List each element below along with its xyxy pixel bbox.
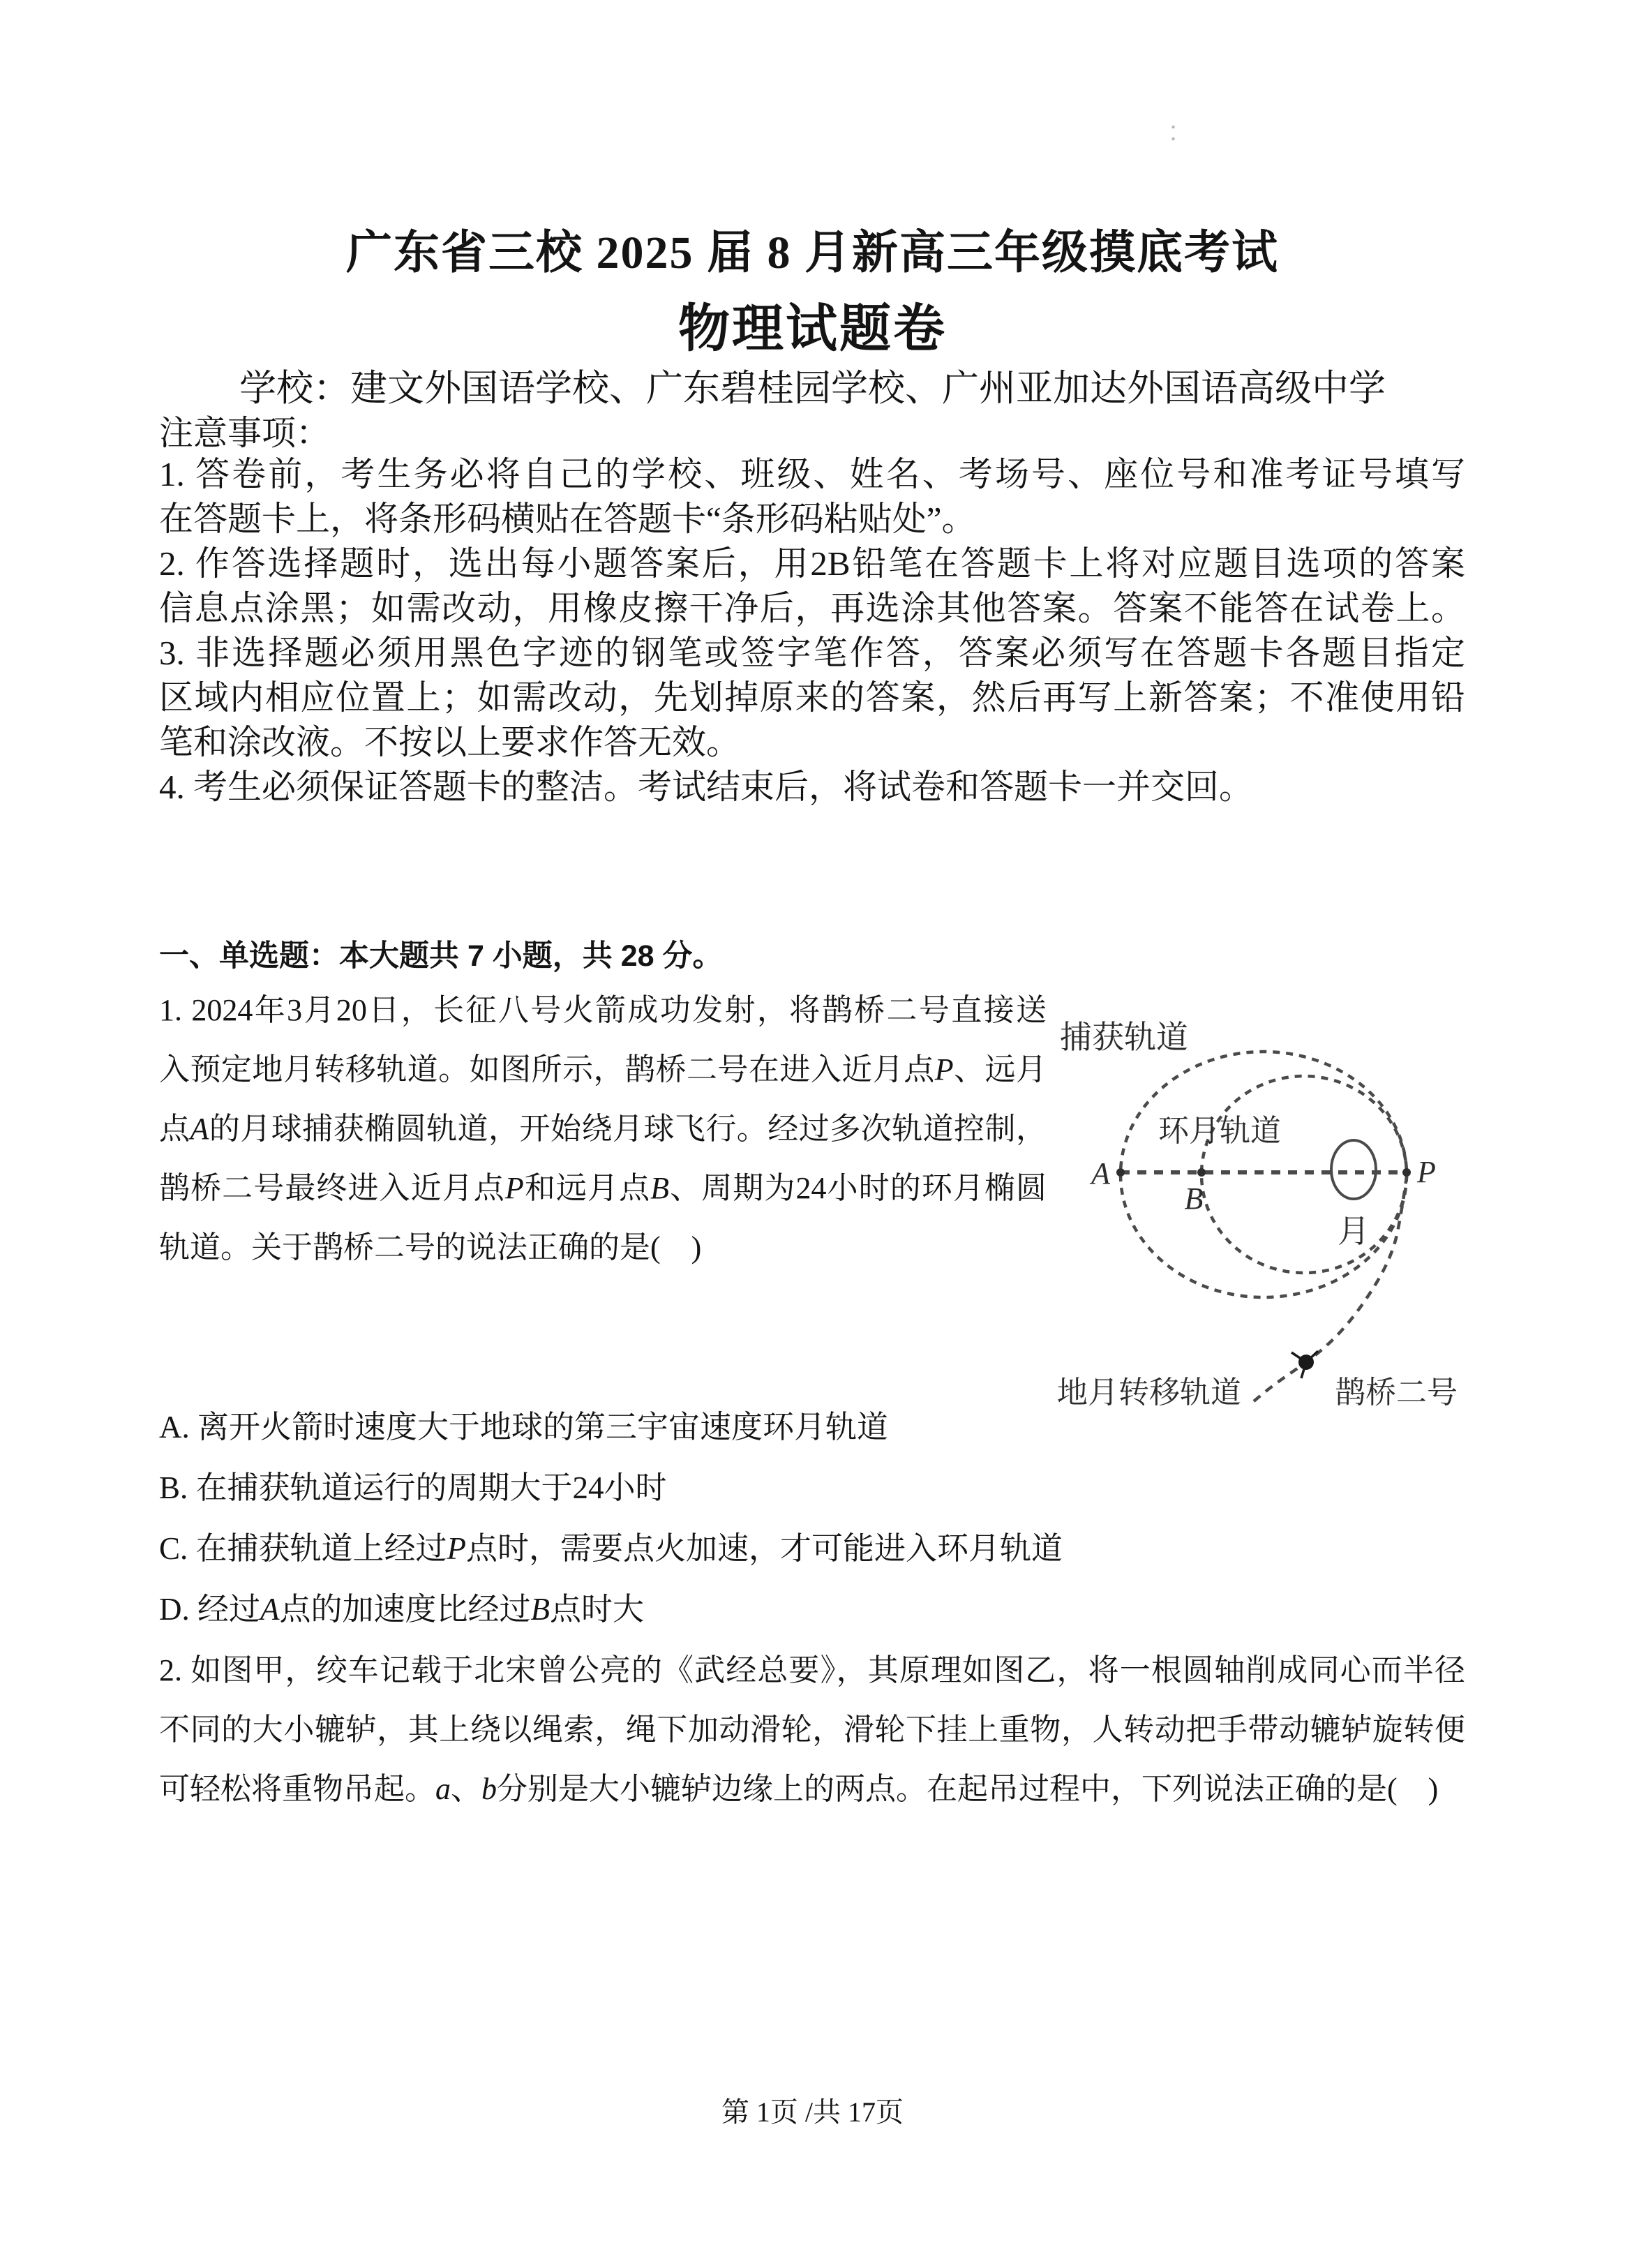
point-a-dot bbox=[1116, 1168, 1125, 1177]
point-p-ref3: P bbox=[447, 1531, 467, 1566]
q1-option-d: D. 经过A点的加速度比经过B点时大 bbox=[159, 1579, 1485, 1640]
point-p-ref: P bbox=[935, 1052, 954, 1087]
notice-3-line-2: 区域内相应位置上；如需改动，先划掉原来的答案，然后再写上新答案；不准使用铅 bbox=[159, 676, 1465, 720]
q1-line-5: 轨道。关于鹊桥二号的说法正确的是( ) bbox=[159, 1218, 1047, 1277]
q1-line-4-mid: 和远月点 bbox=[524, 1171, 650, 1205]
point-p-dot bbox=[1402, 1168, 1411, 1177]
q2-line-2: 不同的大小辘轳，其上绕以绳索，绳下加动滑轮，滑轮下挂上重物，人转动把手带动辘轳旋… bbox=[159, 1700, 1465, 1759]
question-2-text: 2. 如图甲，绞车记载于北宋曾公亮的《武经总要》，其原理如图乙，将一根圆轴削成同… bbox=[159, 1641, 1465, 1819]
point-b-label: B bbox=[1185, 1181, 1204, 1216]
satellite-dot bbox=[1291, 1351, 1318, 1378]
q2-line-3-sep: 、 bbox=[451, 1772, 481, 1806]
notice-3-line-1: 3. 非选择题必须用黑色字迹的钢笔或签字笔作答，答案必须写在答题卡各题目指定 bbox=[159, 631, 1465, 676]
q1-line-4-text: 鹊桥二号最终进入近月点 bbox=[159, 1171, 505, 1205]
notice-2-line-1: 2. 作答选择题时，选出每小题答案后，用2B铅笔在答题卡上将对应题目选项的答案 bbox=[159, 542, 1465, 586]
notice-list: 1. 答卷前，考生务必将自己的学校、班级、姓名、考场号、座位号和准考证号填写 在… bbox=[159, 452, 1465, 810]
q1-option-b: B. 在捕获轨道运行的周期大于24小时 bbox=[159, 1458, 1485, 1519]
point-p-ref2: P bbox=[505, 1171, 524, 1205]
page-title: 广东省三校 2025 届 8 月新高三年级摸底考试 bbox=[0, 215, 1625, 281]
point-a-label: A bbox=[1089, 1156, 1111, 1191]
q1-option-a: A. 离开火箭时速度大于地球的第三宇宙速度环月轨道 bbox=[159, 1397, 1485, 1458]
capture-orbit-label: 捕获轨道 bbox=[1060, 1020, 1188, 1055]
q1-option-c-text: C. 在捕获轨道上经过 bbox=[159, 1531, 447, 1566]
q1-line-3-tail: 的月球捕获椭圆轨道，开始绕月球飞行。经过多次轨道控制， bbox=[209, 1112, 1047, 1146]
q1-option-d-mid: 点的加速度比经过 bbox=[280, 1592, 531, 1627]
lunar-orbit-label: 环月轨道 bbox=[1158, 1114, 1281, 1148]
notice-1-line-2: 在答题卡上，将条形码横贴在答题卡“条形码粘贴处”。 bbox=[159, 497, 1465, 542]
point-b-ref2: B bbox=[531, 1592, 551, 1627]
q1-line-3-text: 点 bbox=[159, 1112, 190, 1146]
section-1-heading: 一、单选题：本大题共 7 小题，共 28 分。 bbox=[159, 932, 723, 975]
q1-line-2-text: 入预定地月转移轨道。如图所示，鹊桥二号在进入近月点 bbox=[159, 1052, 935, 1087]
point-b-dot bbox=[1197, 1168, 1206, 1177]
transfer-orbit-path bbox=[1254, 1177, 1407, 1401]
q2-line-1: 2. 如图甲，绞车记载于北宋曾公亮的《武经总要》，其原理如图乙，将一根圆轴削成同… bbox=[159, 1641, 1465, 1700]
notice-heading: 注意事项： bbox=[159, 406, 330, 455]
notice-4-line-1: 4. 考生必须保证答题卡的整洁。考试结束后，将试卷和答题卡一并交回。 bbox=[159, 765, 1465, 810]
q1-option-c-tail: 点时，需要点火加速，才可能进入环月轨道 bbox=[466, 1531, 1063, 1566]
q2-line-3-text: 可轻松将重物吊起。 bbox=[159, 1772, 435, 1806]
q2-line-3-tail: 分别是大小辘轳边缘上的两点。在起吊过程中，下列说法正确的是( ) bbox=[497, 1772, 1438, 1806]
moon-circle bbox=[1331, 1140, 1376, 1199]
point-p-label: P bbox=[1416, 1155, 1436, 1189]
q1-line-3: 点A的月球捕获椭圆轨道，开始绕月球飞行。经过多次轨道控制， bbox=[159, 1099, 1047, 1158]
point-b-ref: B bbox=[650, 1171, 669, 1205]
q1-option-c: C. 在捕获轨道上经过P点时，需要点火加速，才可能进入环月轨道 bbox=[159, 1519, 1485, 1579]
moon-label: 月 bbox=[1338, 1214, 1370, 1249]
page-subtitle: 物理试题卷 bbox=[0, 288, 1625, 361]
point-a-lower-ref: a bbox=[435, 1772, 451, 1806]
page-footer: 第 1页 /共 17页 bbox=[0, 2090, 1625, 2130]
q1-option-d-text: D. 经过 bbox=[159, 1592, 260, 1627]
q1-option-d-tail: 点时大 bbox=[550, 1592, 644, 1627]
q1-line-4: 鹊桥二号最终进入近月点P和远月点B、周期为24小时的环月椭圆 bbox=[159, 1158, 1047, 1218]
school-line: 学校：建文外国语学校、广东碧桂园学校、广州亚加达外国语高级中学 bbox=[0, 359, 1625, 412]
q1-line-2: 入预定地月转移轨道。如图所示，鹊桥二号在进入近月点P、远月 bbox=[159, 1040, 1047, 1099]
orbit-figure: 捕获轨道 环月轨道 A B P 月 地月转移轨道 鹊桥二号 bbox=[1036, 998, 1497, 1424]
notice-3-line-3: 笔和涂改液。不按以上要求作答无效。 bbox=[159, 720, 1465, 765]
point-b-lower-ref: b bbox=[481, 1772, 497, 1806]
point-a-ref: A bbox=[190, 1112, 209, 1146]
q1-line-4-tail: 、周期为24小时的环月椭圆 bbox=[669, 1171, 1047, 1205]
question-1-options: A. 离开火箭时速度大于地球的第三宇宙速度环月轨道 B. 在捕获轨道运行的周期大… bbox=[159, 1397, 1485, 1640]
q2-line-3: 可轻松将重物吊起。a、b分别是大小辘轳边缘上的两点。在起吊过程中，下列说法正确的… bbox=[159, 1759, 1465, 1819]
point-a-ref2: A bbox=[260, 1592, 280, 1627]
notice-2-line-2: 信息点涂黑；如需改动，用橡皮擦干净后，再选涂其他答案。答案不能答在试卷上。 bbox=[159, 586, 1465, 631]
question-1-text: 1. 2024年3月20日，长征八号火箭成功发射，将鹊桥二号直接送 入预定地月转… bbox=[159, 980, 1047, 1277]
q1-line-1: 1. 2024年3月20日，长征八号火箭成功发射，将鹊桥二号直接送 bbox=[159, 980, 1047, 1040]
notice-1-line-1: 1. 答卷前，考生务必将自己的学校、班级、姓名、考场号、座位号和准考证号填写 bbox=[159, 452, 1465, 497]
q1-line-2-tail: 、远月 bbox=[954, 1052, 1047, 1087]
exam-paper-page-1: : 广东省三校 2025 届 8 月新高三年级摸底考试 物理试题卷 学校：建文外… bbox=[0, 0, 1625, 2268]
scan-artifact-mark: : bbox=[1169, 116, 1177, 147]
